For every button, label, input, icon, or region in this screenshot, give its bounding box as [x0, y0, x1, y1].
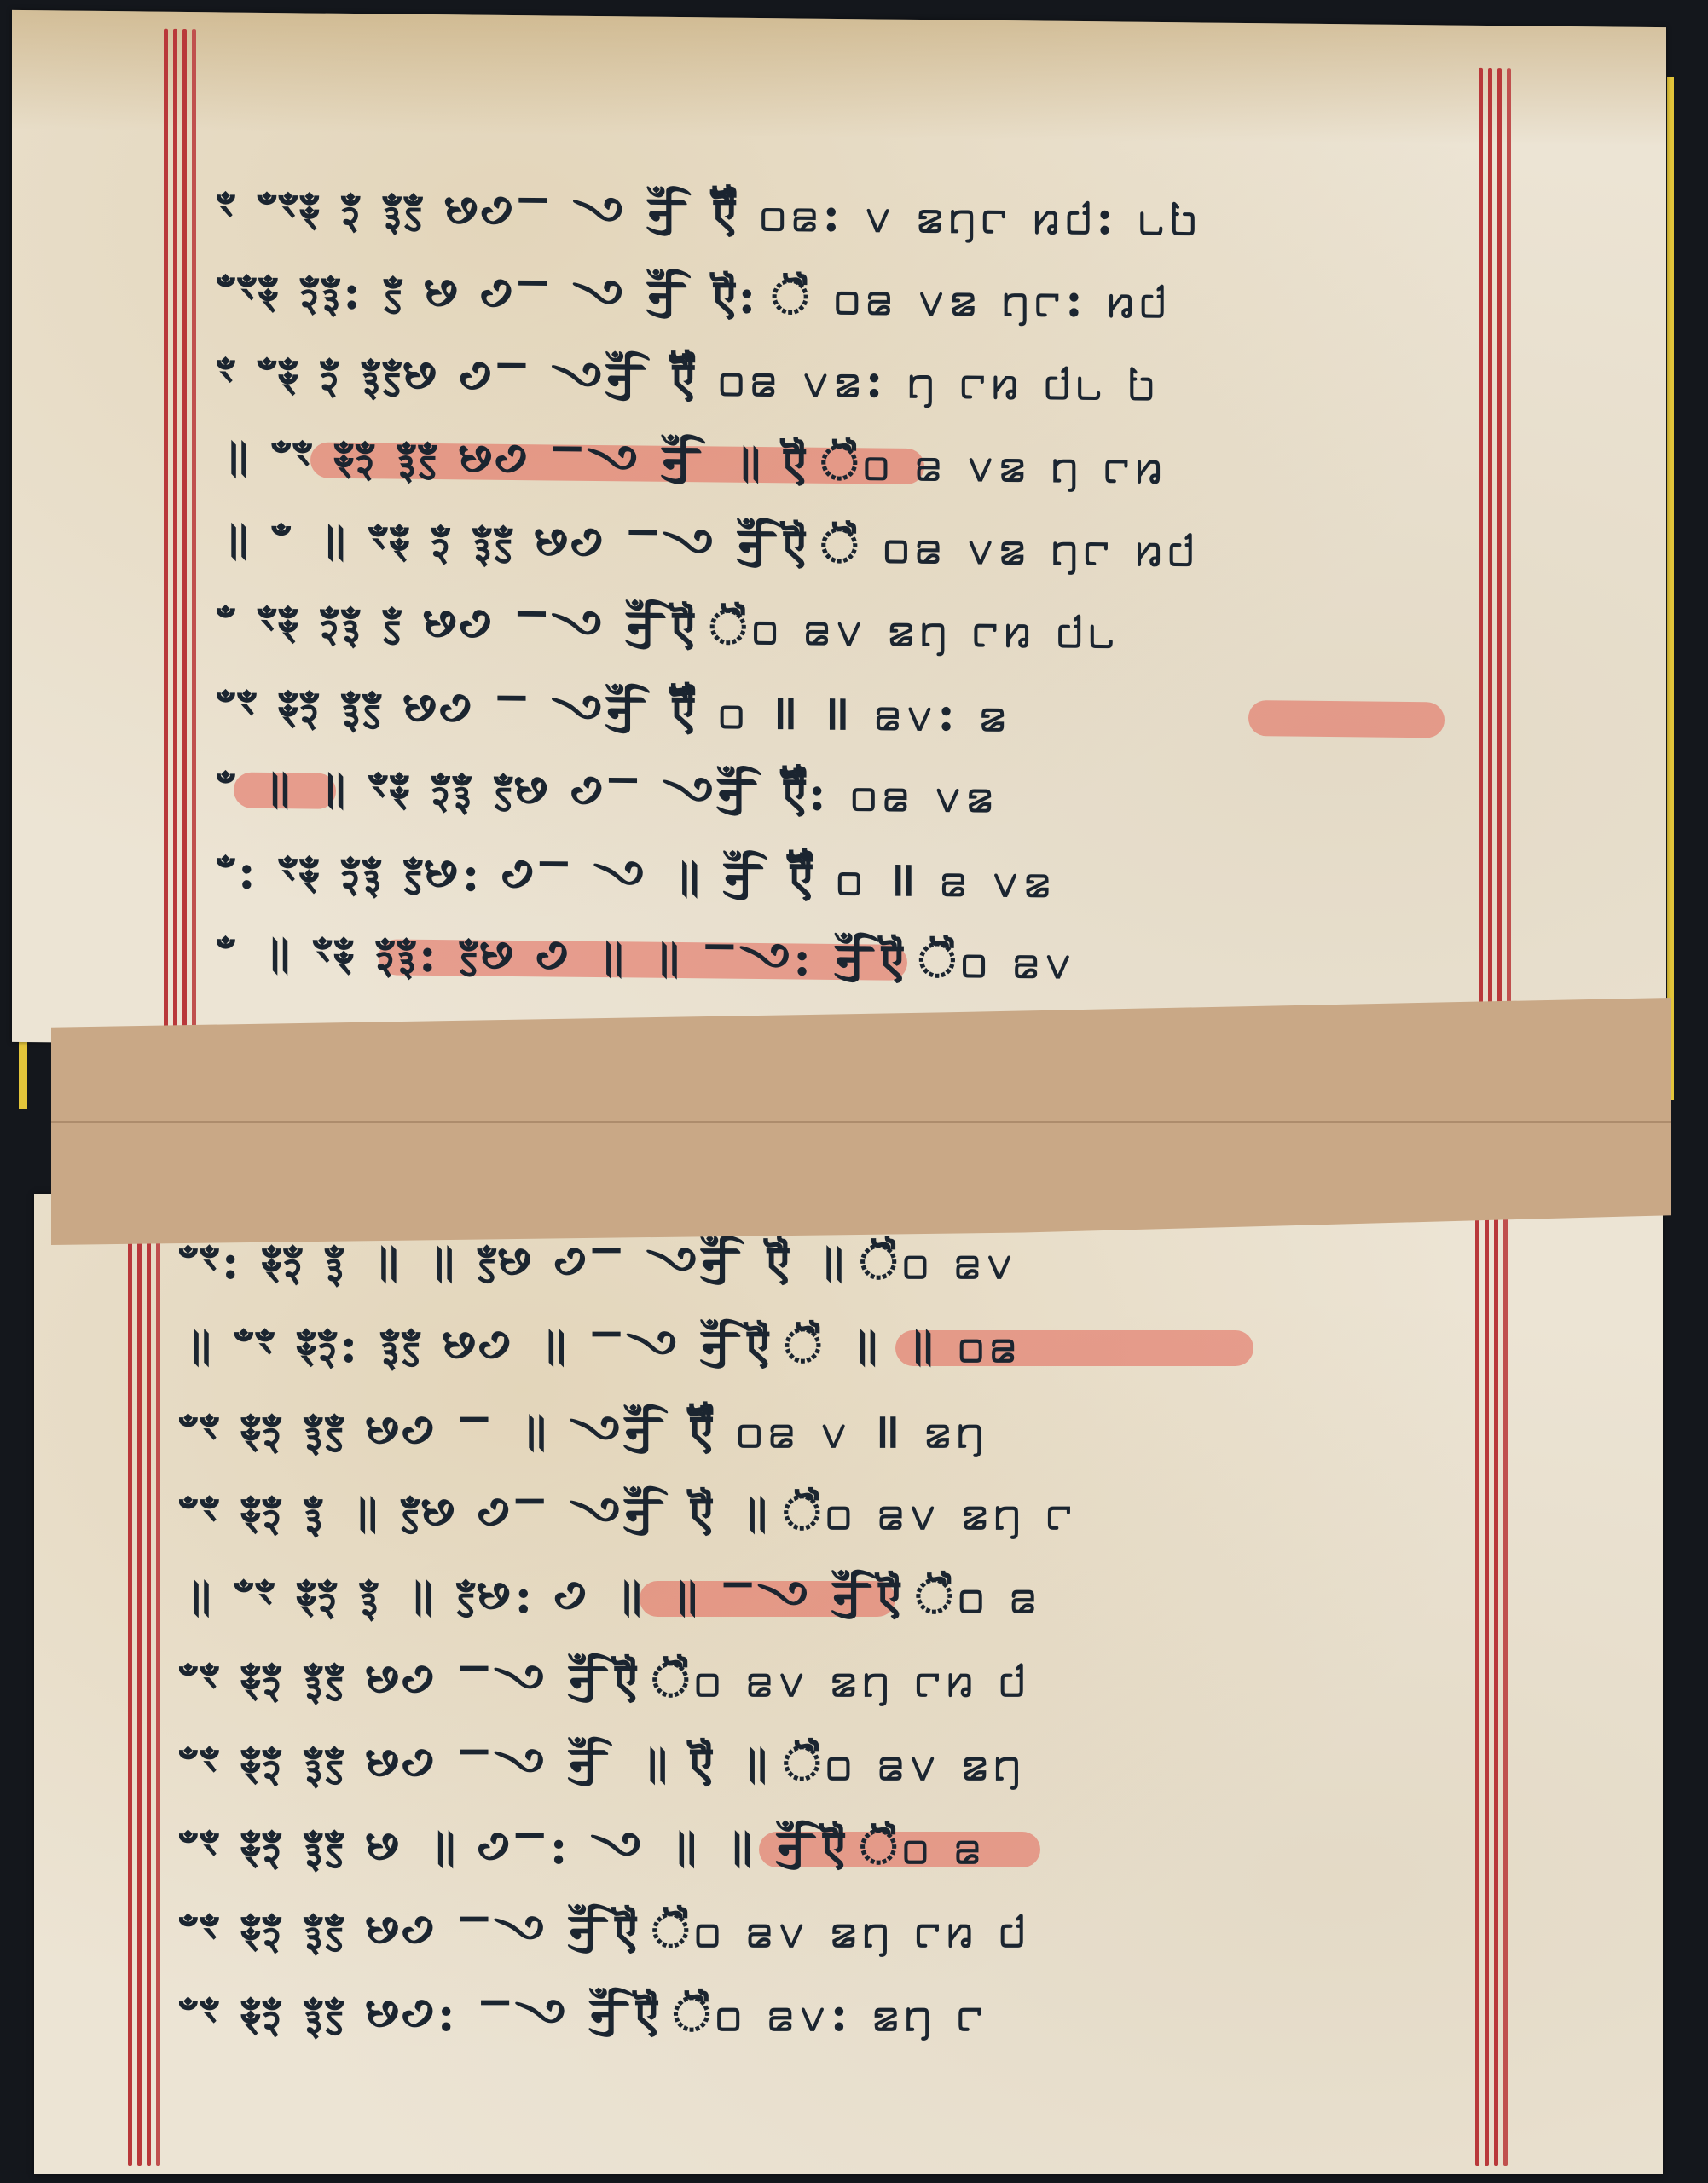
manuscript-line: ꣲ ꣳꣴ ꣵꣶ ꣷ ꣸꣹ ꣻ꣼ ꣽꣾ ꣿ꤀ ꤁꤂ ꤃꤄ ꤅꤆ ꤇꤈: [217, 588, 1479, 669]
manuscript-line: ꣲꣳ ꣴꣵ ꣶꣷ ꣸꣹ ꣻ꣼ ꣽꣾ ꣿ꤀ ꤁꤂ ꤃꤄ ꤅꤆ ꤇: [179, 1646, 1441, 1714]
manuscript-line: ꣲ: ꣳꣴ ꣵꣶ ꣷ꣸: ꣹ꣻ ꣼ ॥ ꣽ ꣾꣿ ꤀ ॥ ꤁ ꤂꤃: [217, 836, 1479, 917]
manuscript-line: ꣲ ॥ ॥ ꣳꣴ ꣵꣶ ꣷ꣸ ꣹ꣻ ꣼ꣽ ꣾꣿ: ꤀꤁ ꤂꤃: [217, 753, 1479, 834]
manuscript-line: ॥ ꣲ ॥ ꣳꣴ ꣵ ꣶꣷ ꣸꣹ ꣻ꣼ ꣽꣾ ꣿ ꤀꤁ ꤂꤃ ꤄꤅ ꤆꤇: [217, 505, 1479, 586]
manuscript-line: ॥ ꣲꣳ ꣴꣵ ꣶꣷ ꣸꣹ ꣻ꣼ ꣽ ॥ ꣾ ꣿ꤀ ꤁ ꤂꤃ ꤄ ꤅꤆: [217, 422, 1479, 503]
lower-page: ꣲꣳ: ꣴꣵ ꣶ ॥ ॥ ꣷ꣸ ꣹ꣻ ꣼ꣽ ꣾ ॥ ꣿ꤀ ꤁꤂॥ ꣲꣳ ꣴꣵ: …: [34, 1194, 1663, 2174]
manuscript-line: ꣲꣳ ꣴꣵ ꣶꣷ ꣸꣹: ꣻ꣼ ꣽꣾ ꣿ꤀ ꤁꤂: ꤃꤄ ꤅: [179, 1980, 1441, 2048]
manuscript-line: ꣲꣳꣴ ꣵꣶ: ꣷ ꣸ ꣹ꣻ ꣼ ꣽ ꣾ: ꣿ ꤀꤁ ꤂꤃ ꤄꤅: ꤆꤇: [217, 257, 1479, 338]
water-stain: [12, 10, 1666, 147]
manuscript-line: ꣲꣳ ꣴꣵ ꣶ ॥ ꣷ꣸ ꣹ꣻ ꣼ꣽ ꣾ ॥ ꣿ꤀ ꤁꤂ ꤃꤄ ꤅: [179, 1479, 1441, 1547]
paper-repair-band: [51, 998, 1671, 1245]
right-margin-rule: [1479, 68, 1513, 1057]
manuscript-line: ꣲ ॥ ꣳꣴ ꣵꣶ: ꣷ꣸ ꣹ ॥ ॥ ꣻ꣼: ꣽꣾ ꣿ꤀ ꤁꤂: [217, 918, 1479, 999]
manuscript-line: ꣲꣳ ꣴꣵ ꣶꣷ ꣸꣹ ꣻ꣼ ꣽꣾ ꣿ꤀ ꤁꤂ ꤃꤄ ꤅꤆ ꤇: [179, 1896, 1441, 1965]
manuscript-line: ꣲꣳ ꣴꣵ ꣶꣷ ꣸꣹ ꣻ ꣼ꣽ ꣾꣿ ꤀ ॥ ॥ ꤁꤂: ꤃: [217, 670, 1479, 751]
manuscript-line: ꣳ ꣲꣳꣴ ꣵ ꣶꣷ ꣸꣹ꣻ ꣼ ꣽ ꣾꣿ ꤀꤁: ꤂ ꤃꤄꤅ ꤆꤇: ꤈꤉: [217, 174, 1479, 255]
left-margin-rule: [164, 29, 198, 1044]
manuscript-line: ॥ ꣲꣳ ꣴꣵ ꣶ ॥ ꣷ꣸: ꣹ ॥ ॥ ꣻ꣼ ꣽꣾ ꣿ꤀ ꤁: [179, 1562, 1441, 1630]
left-margin-rule: [128, 1228, 162, 2166]
manuscript-line: ॥ ꣲꣳ ꣴꣵ: ꣶꣷ ꣸꣹ ॥ ꣻ꣼ ꣽꣾ ꣿ ॥ ॥ ꤀꤁: [179, 1312, 1441, 1380]
manuscript-line: ꣲꣳ ꣴꣵ ꣶꣷ ꣸꣹ ꣻ꣼ ꣽ ॥ ꣾ ॥ ꣿ꤀ ꤁꤂ ꤃꤄: [179, 1729, 1441, 1798]
manuscript-line: ꣳ ꣲꣴ ꣵ ꣶꣷ꣸ ꣹ꣻ ꣼ꣽ ꣾꣿ ꤀꤁ ꤂꤃: ꤄ ꤅꤆ ꤇꤈ ꤉: [217, 339, 1479, 420]
page-edge-right: [1667, 77, 1674, 1100]
upper-page: ꣳ ꣲꣳꣴ ꣵ ꣶꣷ ꣸꣹ꣻ ꣼ ꣽ ꣾꣿ ꤀꤁: ꤂ ꤃꤄꤅ ꤆꤇: ꤈꤉ꣲꣳ…: [12, 10, 1666, 1059]
manuscript-line: ꣲꣳ ꣴꣵ ꣶꣷ ꣸꣹ ꣻ ॥ ꣼ꣽ ꣾꣿ ꤀꤁ ꤂ ॥ ꤃꤄: [179, 1395, 1441, 1463]
manuscript-line: ꣲꣳ ꣴꣵ ꣶꣷ ꣸ ॥ ꣹ꣻ: ꣼ ॥ ॥ ꣽꣾ ꣿ꤀ ꤁: [179, 1813, 1441, 1881]
right-margin-rule: [1475, 1211, 1509, 2166]
